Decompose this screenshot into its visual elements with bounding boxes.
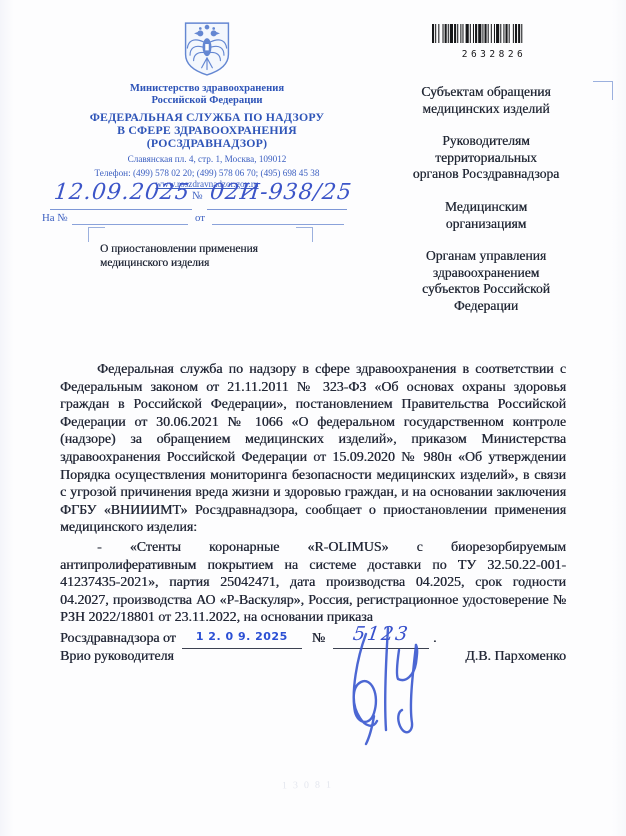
letterhead: Министерство здравоохранения Российской …: [42, 20, 372, 189]
document-page: 2632826 Министерство здравоохранения Рос…: [0, 0, 626, 836]
barcode: 2632826: [432, 24, 556, 60]
agency-phone: Телефон: (499) 578 02 20; (499) 578 06 7…: [42, 168, 372, 179]
subject-corner-left: [88, 227, 105, 242]
na-number-blank: [72, 224, 188, 225]
coat-of-arms-icon: [182, 20, 232, 78]
recipient-item: Органам управления здравоохранением субъ…: [376, 248, 596, 314]
order-date-stamp: 1 2. 0 9. 2025: [196, 630, 288, 643]
subject-corner-right: [296, 227, 313, 242]
barcode-bars: [432, 24, 556, 43]
signer-name: Д.В. Пархоменко: [465, 649, 566, 665]
agency-name: ФЕДЕРАЛЬНАЯ СЛУЖБА ПО НАДЗОРУ В СФЕРЕ ЗД…: [42, 111, 372, 150]
na-number-label: На №: [42, 212, 68, 224]
order-date-blank: 1 2. 0 9. 2025: [182, 630, 302, 649]
order-reference-line: Росздравнадзора от1 2. 0 9. 2025№5123.: [60, 628, 566, 648]
number-underline: [207, 209, 347, 210]
order-prefix: Росздравнадзора от: [60, 630, 176, 648]
ot-date-blank: [212, 224, 344, 225]
order-number-sign: №: [312, 630, 325, 648]
body-paragraph-1: Федеральная служба по надзору в сфере зд…: [60, 361, 566, 537]
recipient-item: Субъектам обращения медицинских изделий: [376, 84, 596, 117]
scan-artifact-text: 13081: [282, 780, 337, 792]
signature-scribble: [336, 620, 436, 752]
registration-line: 12.09.2025 № 02И-938/25: [42, 180, 372, 214]
letter-subject: О приостановлении применения медицинског…: [100, 243, 310, 271]
reference-line: На № от: [42, 212, 372, 228]
agency-address: Славянская пл. 4, стр. 1, Москва, 109012: [42, 154, 372, 165]
signature-row: Врио руководителя Д.В. Пархоменко: [60, 649, 566, 665]
outgoing-number-handwritten: 02И-938/25: [209, 180, 354, 205]
recipient-item: Медицинским организациям: [376, 199, 596, 232]
recipient-item: Руководителям территориальных органов Ро…: [376, 133, 596, 183]
letter-body: Федеральная служба по надзору в сфере зд…: [60, 361, 566, 648]
date-underline: [50, 209, 192, 210]
number-sign: №: [192, 190, 203, 202]
outgoing-date-handwritten: 12.09.2025: [53, 180, 192, 205]
signer-position: Врио руководителя: [60, 649, 174, 665]
ministry-name: Министерство здравоохранения Российской …: [42, 83, 372, 107]
ot-label: от: [195, 212, 205, 224]
recipients-block: Субъектам обращения медицинских изделий …: [376, 84, 596, 331]
barcode-number: 2632826: [432, 49, 556, 60]
addressee-corner-mark: [593, 81, 613, 100]
body-paragraph-2: - «Стенты коронарные «R-OLIMUS» с биорез…: [60, 539, 566, 627]
